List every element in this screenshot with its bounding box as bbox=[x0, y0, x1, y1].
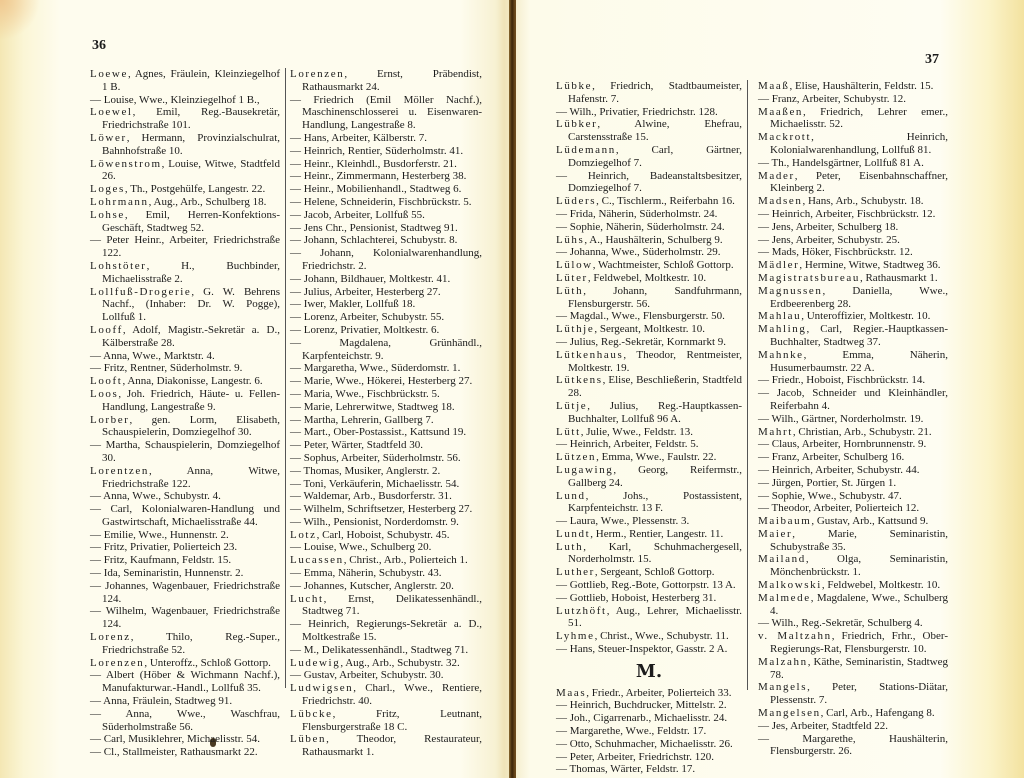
directory-entry: — Fritz, Rentner, Süderholmstr. 9. bbox=[90, 362, 280, 375]
directory-entry: — Johannes, Kutscher, Anglerstr. 20. bbox=[290, 580, 482, 593]
entry-surname: Lorenzen bbox=[290, 68, 344, 80]
entry-surname: Looft bbox=[90, 375, 122, 387]
directory-entry: — Franz, Arbeiter, Schubystr. 12. bbox=[758, 93, 948, 106]
directory-entry: — Friedr., Hoboist, Fischbrückstr. 14. bbox=[758, 374, 948, 387]
entry-surname: Lucassen bbox=[290, 554, 344, 566]
entry-surname: Maaß bbox=[758, 80, 789, 92]
directory-entry: Maaß, Elise, Haushälterin, Feldstr. 15. bbox=[758, 80, 948, 93]
directory-entry: — Lorenz, Privatier, Moltkestr. 6. bbox=[290, 324, 482, 337]
directory-entry: — Sophus, Arbeiter, Süderholmstr. 56. bbox=[290, 452, 482, 465]
directory-entry: Lühs, A., Haushälterin, Schulberg 9. bbox=[556, 234, 742, 247]
directory-entry: — Albert (Höber & Wichmann Nachf.), Manu… bbox=[90, 669, 280, 695]
directory-entry: — Heinr., Zimmermann, Hesterberg 38. bbox=[290, 170, 482, 183]
entry-surname: Loges bbox=[90, 183, 125, 195]
directory-entry: — Emma, Näherin, Schubystr. 43. bbox=[290, 567, 482, 580]
paper-stain bbox=[0, 0, 40, 40]
directory-entry: — Theodor, Arbeiter, Polierteich 12. bbox=[758, 502, 948, 515]
directory-entry: — Jürgen, Portier, St. Jürgen 1. bbox=[758, 477, 948, 490]
directory-entry: — Jens, Arbeiter, Schulberg 18. bbox=[758, 221, 948, 234]
directory-entry: — Anna, Wwe., Waschfrau, Süderholmstraße… bbox=[90, 708, 280, 734]
entry-surname: Maier bbox=[758, 528, 792, 540]
directory-entry: Lugawing, Georg, Reifermstr., Gallberg 2… bbox=[556, 464, 742, 490]
directory-entry: Ludwigsen, Charl., Wwe., Rentiere, Fried… bbox=[290, 682, 482, 708]
directory-entry: — Johann, Schlachterei, Schubystr. 8. bbox=[290, 234, 482, 247]
directory-entry: — Johann, Kolonialwarenhandlung, Friedri… bbox=[290, 247, 482, 273]
entry-surname: Maaßen bbox=[758, 106, 803, 118]
directory-entry: — Mads, Höker, Fischbrückstr. 12. bbox=[758, 246, 948, 259]
directory-entry: Lundt, Herm., Rentier, Langestr. 11. bbox=[556, 528, 742, 541]
directory-entry: — Wilh., Gärtner, Norderholmstr. 19. bbox=[758, 413, 948, 426]
directory-entry: Loewe, Agnes, Fräulein, Kleinziegelhof 1… bbox=[90, 68, 280, 94]
directory-entry: Maibaum, Gustav, Arb., Kattsund 9. bbox=[758, 515, 948, 528]
entry-surname: Mailand bbox=[758, 553, 806, 565]
directory-entry: — Louise, Wwe., Kleinziegelhof 1 B., bbox=[90, 94, 280, 107]
directory-entry: — Franz, Arbeiter, Schulberg 16. bbox=[758, 451, 948, 464]
directory-entry: — Lorenz, Arbeiter, Schubystr. 55. bbox=[290, 311, 482, 324]
entry-surname: Maas bbox=[556, 687, 586, 699]
entry-surname: Loewel bbox=[90, 106, 133, 118]
directory-entry: Lütkens, Elise, Beschließerin, Stadtfeld… bbox=[556, 374, 742, 400]
directory-entry: Loos, Joh. Friedrich, Häute- u. Fellen-H… bbox=[90, 388, 280, 414]
entry-surname: Magnussen bbox=[758, 285, 823, 297]
directory-entry: — Jacob, Schneider und Kleinhändler, Rei… bbox=[758, 387, 948, 413]
column-divider bbox=[747, 80, 748, 690]
directory-entry: Magistratsbureau, Rathausmarkt 1. bbox=[758, 272, 948, 285]
entry-surname: Mahnke bbox=[758, 349, 804, 361]
entry-surname: Lütt bbox=[556, 426, 581, 438]
entry-surname: Mangelsen bbox=[758, 707, 821, 719]
directory-entry: — Emilie, Wwe., Hunnenstr. 2. bbox=[90, 529, 280, 542]
directory-entry: Lütt, Julie, Wwe., Feldstr. 13. bbox=[556, 426, 742, 439]
directory-entry: — Peter Heinr., Arbeiter, Friedrichstraß… bbox=[90, 234, 280, 260]
directory-entry: — Heinrich, Badeanstaltsbesitzer, Domzie… bbox=[556, 170, 742, 196]
entry-surname: Lutzhöft bbox=[556, 605, 607, 617]
directory-entry: — Otto, Schuhmacher, Michaelisstr. 26. bbox=[556, 738, 742, 751]
directory-entry: — Wilhelm, Wagenbauer, Friedrichstraße 1… bbox=[90, 605, 280, 631]
directory-entry: — Wilhelm, Schriftsetzer, Hesterberg 27. bbox=[290, 503, 482, 516]
directory-entry: — Gustav, Arbeiter, Schubystr. 30. bbox=[290, 669, 482, 682]
entry-surname: Maibaum bbox=[758, 515, 811, 527]
entry-surname: Lülow bbox=[556, 259, 593, 271]
directory-entry: — Peter, Wärter, Stadtfeld 30. bbox=[290, 439, 482, 452]
directory-entry: — Hans, Arbeiter, Kälberstr. 7. bbox=[290, 132, 482, 145]
entry-surname: Lohstöter bbox=[90, 260, 147, 272]
entry-surname: Löwenstrom bbox=[90, 158, 162, 170]
entry-surname: Lütkens bbox=[556, 374, 603, 386]
directory-entry: Lübker, Alwine, Ehefrau, Carstensstraße … bbox=[556, 118, 742, 144]
entry-surname: Luther bbox=[556, 566, 595, 578]
entry-surname: Luth bbox=[556, 541, 583, 553]
entry-surname: Lübker bbox=[556, 118, 597, 130]
directory-entry: Lorentzen, Anna, Witwe, Friedrichstraße … bbox=[90, 465, 280, 491]
directory-entry: — Heinrich, Arbeiter, Schubystr. 44. bbox=[758, 464, 948, 477]
directory-entry: Maaßen, Friedrich, Lehrer emer., Michael… bbox=[758, 106, 948, 132]
directory-entry: — Heinrich, Rentier, Süderholmstr. 41. bbox=[290, 145, 482, 158]
directory-entry: — Sophie, Wwe., Schubystr. 47. bbox=[758, 490, 948, 503]
directory-entry: Lorenzen, Unteroffz., Schloß Gottorp. bbox=[90, 657, 280, 670]
directory-entry: — Margarethe, Wwe., Feldstr. 17. bbox=[556, 725, 742, 738]
section-heading: M. bbox=[556, 666, 742, 679]
directory-entry: — Johannes, Wagenbauer, Friedrichstraße … bbox=[90, 580, 280, 606]
entry-surname: Lühs bbox=[556, 234, 584, 246]
directory-entry: — Peter, Arbeiter, Friedrichstr. 120. bbox=[556, 751, 742, 764]
directory-entry: — Sophie, Näherin, Süderholmstr. 24. bbox=[556, 221, 742, 234]
directory-entry: — Anna, Wwe., Marktstr. 4. bbox=[90, 350, 280, 363]
directory-entry: — Fritz, Kaufmann, Feldstr. 15. bbox=[90, 554, 280, 567]
directory-entry: — Anna, Wwe., Schubystr. 4. bbox=[90, 490, 280, 503]
directory-entry: Lüders, C., Tischlerm., Reiferbahn 16. bbox=[556, 195, 742, 208]
directory-entry: — Heinrich, Regierungs-Sekretär a. D., M… bbox=[290, 618, 482, 644]
column-divider bbox=[285, 68, 286, 688]
directory-entry: Lohrmann, Aug., Arb., Schulberg 18. bbox=[90, 196, 280, 209]
directory-entry: — Heinrich, Arbeiter, Fischbrückstr. 12. bbox=[758, 208, 948, 221]
directory-entry: — Magdalena, Grünhändl., Karpfenteichstr… bbox=[290, 337, 482, 363]
entry-surname: Lüthje bbox=[556, 323, 594, 335]
directory-entry: — Laura, Wwe., Plessenstr. 3. bbox=[556, 515, 742, 528]
directory-entry: — Carl, Kolonialwaren-Handlung und Gastw… bbox=[90, 503, 280, 529]
directory-entry: — Carl, Musiklehrer, Michaelisstr. 54. bbox=[90, 733, 280, 746]
entry-surname: Löwer bbox=[90, 132, 127, 144]
directory-entry: Lütkenhaus, Theodor, Rentmeister, Moltke… bbox=[556, 349, 742, 375]
directory-entry: — Fritz, Privatier, Polierteich 23. bbox=[90, 541, 280, 554]
directory-entry: Lund, Johs., Postassistent, Karpfenteich… bbox=[556, 490, 742, 516]
entry-surname: Lyhme bbox=[556, 630, 595, 642]
directory-entry: — Hans, Steuer-Inspektor, Gasstr. 2 A. bbox=[556, 643, 742, 656]
directory-entry: — Helene, Schneiderin, Fischbrückstr. 5. bbox=[290, 196, 482, 209]
directory-entry: — Gottlieb, Reg.-Bote, Gottorpstr. 13 A. bbox=[556, 579, 742, 592]
directory-entry: — Wilh., Privatier, Friedrichstr. 128. bbox=[556, 106, 742, 119]
entry-surname: Madsen bbox=[758, 195, 802, 207]
directory-entry: — Waldemar, Arb., Busdorferstr. 31. bbox=[290, 490, 482, 503]
directory-entry: — Joh., Cigarrenarb., Michaelisstr. 24. bbox=[556, 712, 742, 725]
directory-entry: — Martha, Lehrerin, Gallberg 7. bbox=[290, 414, 482, 427]
directory-entry: Mangels, Peter, Stations-Diätar, Plessen… bbox=[758, 681, 948, 707]
directory-entry: Lotz, Carl, Hoboist, Schubystr. 45. bbox=[290, 529, 482, 542]
directory-entry: — Frida, Näherin, Süderholmstr. 24. bbox=[556, 208, 742, 221]
entry-surname: Malkowski bbox=[758, 579, 822, 591]
directory-entry: Lucht, Ernst, Delikatessenhändl., Stadtw… bbox=[290, 593, 482, 619]
book-gutter bbox=[509, 0, 516, 778]
entry-surname: Lotz bbox=[290, 529, 317, 541]
directory-entry: Lollfuß-Drogerie, G. W. Behrens Nachf., … bbox=[90, 286, 280, 324]
directory-entry: Lorenzen, Ernst, Präbendist, Rathausmark… bbox=[290, 68, 482, 94]
entry-surname: Ludwigsen bbox=[290, 682, 353, 694]
directory-entry: — Anna, Fräulein, Stadtweg 91. bbox=[90, 695, 280, 708]
entry-surname: Mahlau bbox=[758, 310, 801, 322]
entry-surname: Loewe bbox=[90, 68, 128, 80]
entry-surname: Lütje bbox=[556, 400, 587, 412]
directory-entry: — Heinr., Mobilienhandl., Stadtweg 6. bbox=[290, 183, 482, 196]
directory-entry: — Mart., Ober-Postassist., Kattsund 19. bbox=[290, 426, 482, 439]
entry-surname: Lübcke bbox=[290, 708, 333, 720]
directory-entry: Lohse, Emil, Herren-Konfektions-Geschäft… bbox=[90, 209, 280, 235]
directory-entry: — Thomas, Wärter, Feldstr. 17. bbox=[556, 763, 742, 776]
directory-entry: — Margarethe, Haushälterin, Flensburgers… bbox=[758, 733, 948, 759]
right-page-column-2: Maaß, Elise, Haushälterin, Feldstr. 15.—… bbox=[758, 80, 948, 758]
entry-surname: Mangels bbox=[758, 681, 807, 693]
directory-entry: — Iwer, Makler, Lollfuß 18. bbox=[290, 298, 482, 311]
entry-surname: Lorenzen bbox=[90, 657, 144, 669]
directory-entry: — Heinrich, Arbeiter, Feldstr. 5. bbox=[556, 438, 742, 451]
directory-entry: — Maria, Wwe., Fischbrückstr. 5. bbox=[290, 388, 482, 401]
entry-surname: Lütkenhaus bbox=[556, 349, 623, 361]
directory-entry: Mailand, Olga, Seminaristin, Mönchenbrüc… bbox=[758, 553, 948, 579]
directory-entry: Luth, Karl, Schuhmachergesell, Norderhol… bbox=[556, 541, 742, 567]
directory-entry: Lüthje, Sergeant, Moltkestr. 10. bbox=[556, 323, 742, 336]
entry-surname: Malzahn bbox=[758, 656, 808, 668]
entry-surname: Lollfuß-Drogerie bbox=[90, 286, 191, 298]
directory-entry: Magnussen, Daniella, Wwe., Erdbeerenberg… bbox=[758, 285, 948, 311]
directory-entry: — Jens, Arbeiter, Schubystr. 25. bbox=[758, 234, 948, 247]
entry-surname: Malmede bbox=[758, 592, 811, 604]
entry-surname: Lüth bbox=[556, 285, 583, 297]
entry-surname: Mahling bbox=[758, 323, 806, 335]
directory-entry: — Th., Handelsgärtner, Lollfuß 81 A. bbox=[758, 157, 948, 170]
right-page-number: 37 bbox=[925, 52, 939, 68]
directory-entry: — Gottlieb, Hoboist, Hesterberg 31. bbox=[556, 592, 742, 605]
directory-entry: — Marie, Wwe., Hökerei, Hesterberg 27. bbox=[290, 375, 482, 388]
directory-entry: — Julius, Arbeiter, Hesterberg 27. bbox=[290, 286, 482, 299]
directory-entry: — Jes, Arbeiter, Stadtfeld 22. bbox=[758, 720, 948, 733]
directory-entry: — Thomas, Musiker, Anglerstr. 2. bbox=[290, 465, 482, 478]
directory-entry: Mackrott, Heinrich, Kolonialwarenhandlun… bbox=[758, 131, 948, 157]
directory-entry: v. Maltzahn, Friedrich, Frhr., Ober-Regi… bbox=[758, 630, 948, 656]
directory-entry: Mahlau, Unteroffizier, Moltkestr. 10. bbox=[758, 310, 948, 323]
directory-entry: — Louise, Wwe., Schulberg 20. bbox=[290, 541, 482, 554]
entry-surname: Lundt bbox=[556, 528, 590, 540]
entry-surname: Mahrt bbox=[758, 426, 793, 438]
directory-entry: — Jacob, Arbeiter, Lollfuß 55. bbox=[290, 209, 482, 222]
directory-entry: — Ida, Seminaristin, Hunnenstr. 2. bbox=[90, 567, 280, 580]
directory-entry: — Wilh., Pensionist, Norderdomstr. 9. bbox=[290, 516, 482, 529]
directory-entry: Lüdemann, Carl, Gärtner, Domziegelhof 7. bbox=[556, 144, 742, 170]
directory-entry: — Johanna, Wwe., Süderholmstr. 29. bbox=[556, 246, 742, 259]
directory-entry: — M., Delikatessenhändl., Stadtweg 71. bbox=[290, 644, 482, 657]
directory-entry: Madsen, Hans, Arb., Schubystr. 18. bbox=[758, 195, 948, 208]
directory-entry: Lülow, Wachtmeister, Schloß Gottorp. bbox=[556, 259, 742, 272]
entry-surname: Ludewig bbox=[290, 657, 340, 669]
directory-entry: — Heinr., Kleinhdl., Busdorferstr. 21. bbox=[290, 158, 482, 171]
left-page-number: 36 bbox=[92, 38, 106, 54]
directory-entry: Malzahn, Käthe, Seminaristin, Stadtweg 7… bbox=[758, 656, 948, 682]
directory-entry: Malmede, Magdalene, Wwe., Schulberg 4. bbox=[758, 592, 948, 618]
entry-surname: Lohse bbox=[90, 209, 125, 221]
directory-entry: Malkowski, Feldwebel, Moltkestr. 10. bbox=[758, 579, 948, 592]
entry-surname: Mackrott bbox=[758, 131, 811, 143]
directory-entry: Lützen, Emma, Wwe., Faulstr. 22. bbox=[556, 451, 742, 464]
directory-entry: Loewel, Emil, Reg.-Bausekretär, Friedric… bbox=[90, 106, 280, 132]
entry-surname: Mädler bbox=[758, 259, 799, 271]
entry-surname: Lorentzen bbox=[90, 465, 149, 477]
directory-entry: Maier, Marie, Seminaristin, Schubystraße… bbox=[758, 528, 948, 554]
directory-entry: Mangelsen, Carl, Arb., Hafengang 8. bbox=[758, 707, 948, 720]
directory-entry: Mahnke, Emma, Näherin, Husumerbaumstr. 2… bbox=[758, 349, 948, 375]
entry-surname: Lübke bbox=[556, 80, 592, 92]
directory-entry: — Julius, Reg.-Sekretär, Kornmarkt 9. bbox=[556, 336, 742, 349]
directory-entry: — Cl., Stallmeister, Rathausmarkt 22. bbox=[90, 746, 280, 759]
directory-entry: Lüben, Theodor, Restaurateur, Rathausmar… bbox=[290, 733, 482, 759]
directory-entry: Lüth, Johann, Sandfuhrmann, Flensburgers… bbox=[556, 285, 742, 311]
entry-surname: Lund bbox=[556, 490, 586, 502]
entry-surname: Magistratsbureau bbox=[758, 272, 860, 284]
directory-entry: — Magdal., Wwe., Flensburgerstr. 50. bbox=[556, 310, 742, 323]
entry-surname: Lüter bbox=[556, 272, 588, 284]
entry-surname: Lorber bbox=[90, 414, 130, 426]
left-page-column-1: Loewe, Agnes, Fräulein, Kleinziegelhof 1… bbox=[90, 68, 280, 759]
directory-entry: Mädler, Hermine, Witwe, Stadtweg 36. bbox=[758, 259, 948, 272]
directory-entry: Lorenz, Thilo, Reg.-Super., Friedrichstr… bbox=[90, 631, 280, 657]
directory-entry: Looff, Adolf, Magistr.-Sekretär a. D., K… bbox=[90, 324, 280, 350]
entry-surname: Lützen bbox=[556, 451, 596, 463]
entry-surname: Lorenz bbox=[90, 631, 131, 643]
entry-surname: Looff bbox=[90, 324, 123, 336]
directory-entry: — Marie, Lehrerwitwe, Stadtweg 18. bbox=[290, 401, 482, 414]
directory-entry: Lyhme, Christ., Wwe., Schubystr. 11. bbox=[556, 630, 742, 643]
directory-entry: — Wilh., Reg.-Sekretär, Schulberg 4. bbox=[758, 617, 948, 630]
entry-surname: Lüders bbox=[556, 195, 596, 207]
entry-surname: Lucht bbox=[290, 593, 324, 605]
directory-entry: — Johann, Bildhauer, Moltkestr. 41. bbox=[290, 273, 482, 286]
left-page-column-2: Lorenzen, Ernst, Präbendist, Rathausmark… bbox=[290, 68, 482, 759]
directory-entry: Lohstöter, H., Buchbinder, Michaelisstra… bbox=[90, 260, 280, 286]
directory-entry: — Claus, Arbeiter, Hornbrunnenstr. 9. bbox=[758, 438, 948, 451]
entry-surname: Lüdemann bbox=[556, 144, 616, 156]
right-page-column-1: Lübke, Friedrich, Stadtbaumeister, Hafen… bbox=[556, 80, 742, 776]
entry-surname: Mader bbox=[758, 170, 795, 182]
directory-entry: — Friedrich (Emil Möller Nachf.), Maschi… bbox=[290, 94, 482, 132]
directory-entry: Lübcke, Fritz, Leutnant, Flensburgerstra… bbox=[290, 708, 482, 734]
directory-entry: — Martha, Schauspielerin, Domziegelhof 3… bbox=[90, 439, 280, 465]
entry-surname: Lohrmann bbox=[90, 196, 149, 208]
directory-entry: Lübke, Friedrich, Stadtbaumeister, Hafen… bbox=[556, 80, 742, 106]
directory-entry: — Jens Chr., Pensionist, Stadtweg 91. bbox=[290, 222, 482, 235]
directory-entry: Lütje, Julius, Reg.-Hauptkassen-Buchhalt… bbox=[556, 400, 742, 426]
directory-entry: Lucassen, Christ., Arb., Polierteich 1. bbox=[290, 554, 482, 567]
entry-surname: Lüben bbox=[290, 733, 326, 745]
directory-entry: Ludewig, Aug., Arb., Schubystr. 32. bbox=[290, 657, 482, 670]
directory-entry: Loges, Th., Postgehülfe, Langestr. 22. bbox=[90, 183, 280, 196]
directory-entry: Luther, Sergeant, Schloß Gottorp. bbox=[556, 566, 742, 579]
directory-entry: Looft, Anna, Diakonisse, Langestr. 6. bbox=[90, 375, 280, 388]
directory-entry: Löwenstrom, Louise, Witwe, Stadtfeld 26. bbox=[90, 158, 280, 184]
directory-entry: — Toni, Verkäuferin, Michaelisstr. 54. bbox=[290, 478, 482, 491]
directory-entry: Mahling, Carl, Regier.-Hauptkassen-Buchh… bbox=[758, 323, 948, 349]
directory-entry: — Margaretha, Wwe., Süderdomstr. 1. bbox=[290, 362, 482, 375]
entry-surname: v. Maltzahn bbox=[758, 630, 832, 642]
directory-entry: Maas, Friedr., Arbeiter, Polierteich 33. bbox=[556, 687, 742, 700]
entry-surname: Lugawing bbox=[556, 464, 613, 476]
directory-entry: Lorber, gen. Lorm, Elisabeth, Schauspiel… bbox=[90, 414, 280, 440]
directory-entry: — Heinrich, Buchdrucker, Mittelstr. 2. bbox=[556, 699, 742, 712]
directory-entry: Lutzhöft, Aug., Lehrer, Michaelisstr. 51… bbox=[556, 605, 742, 631]
directory-entry: Löwer, Hermann, Provinzialschulrat, Bahn… bbox=[90, 132, 280, 158]
directory-entry: Lüter, Feldwebel, Moltkestr. 10. bbox=[556, 272, 742, 285]
directory-entry: Mahrt, Christian, Arb., Schubystr. 21. bbox=[758, 426, 948, 439]
entry-surname: Loos bbox=[90, 388, 118, 400]
directory-entry: Mader, Peter, Eisenbahnschaffner, Kleinb… bbox=[758, 170, 948, 196]
